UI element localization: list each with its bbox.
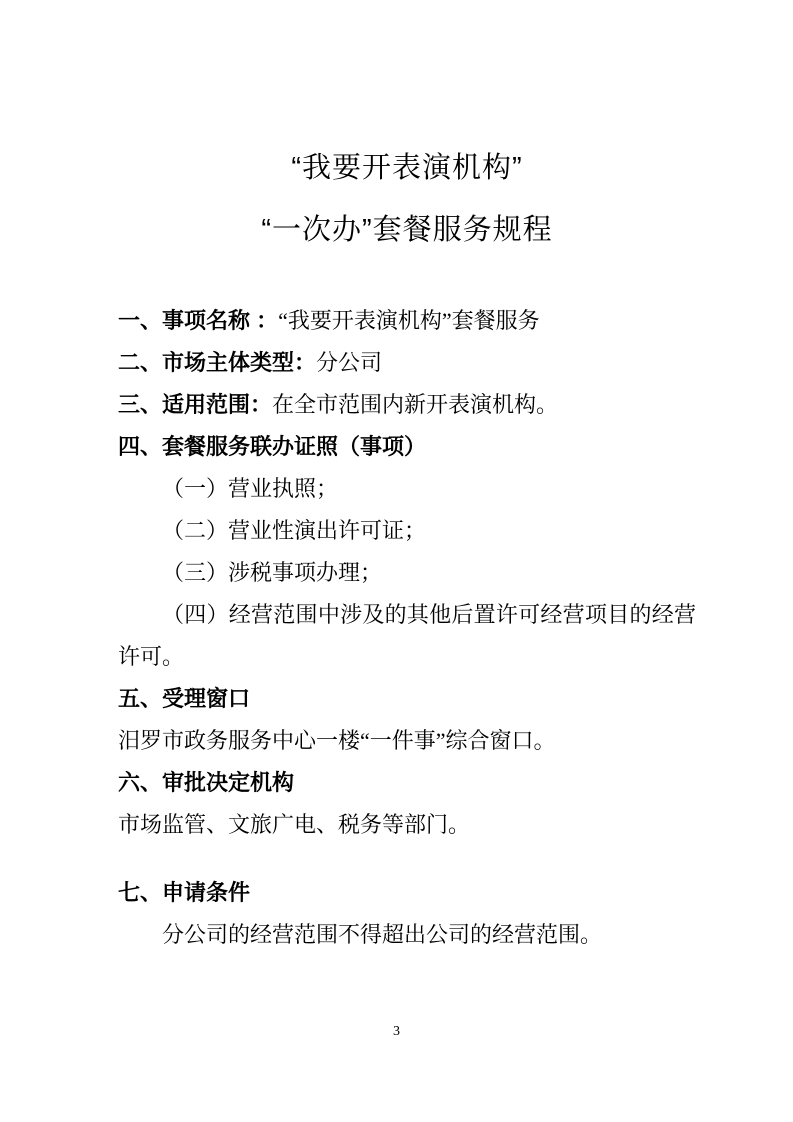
section-2-label: 二、市场主体类型：	[118, 350, 316, 375]
section-4-item-4: （四）经营范围中涉及的其他后置许可经营项目的经营许可。	[118, 594, 696, 678]
document-content: “我要开表演机构” “一次办”套餐服务规程 一、事项名称 ：“我要开表演机构”套…	[118, 150, 696, 956]
document-page: “我要开表演机构” “一次办”套餐服务规程 一、事项名称 ：“我要开表演机构”套…	[0, 0, 793, 1122]
section-1-value: “我要开表演机构”套餐服务	[278, 308, 540, 333]
section-4-item-1: （一）营业执照；	[118, 468, 696, 510]
document-title-line1: “我要开表演机构”	[118, 150, 696, 186]
section-7-heading: 七、申请条件	[118, 872, 696, 914]
section-1-label: 一、事项名称 ：	[118, 308, 278, 333]
page-number: 3	[0, 1022, 793, 1042]
section-4-item-3: （三）涉税事项办理；	[118, 552, 696, 594]
section-2-value: 分公司	[316, 350, 382, 375]
section-1: 一、事项名称 ：“我要开表演机构”套餐服务	[118, 300, 696, 342]
section-7-body: 分公司的经营范围不得超出公司的经营范围。	[118, 914, 696, 956]
section-6-heading: 六、审批决定机构	[118, 762, 696, 804]
document-title-line2: “一次办”套餐服务规程	[118, 212, 696, 248]
section-2: 二、市场主体类型：分公司	[118, 342, 696, 384]
section-4-item-2: （二）营业性演出许可证；	[118, 510, 696, 552]
section-3-value: 在全市范围内新开表演机构。	[272, 392, 558, 417]
section-5-heading: 五、受理窗口	[118, 678, 696, 720]
section-6-body: 市场监管、文旅广电、税务等部门。	[118, 804, 696, 846]
section-3-label: 三、适用范围：	[118, 392, 272, 417]
section-4-heading: 四、套餐服务联办证照（事项）	[118, 426, 696, 468]
section-3: 三、适用范围：在全市范围内新开表演机构。	[118, 384, 696, 426]
section-5-body: 汨罗市政务服务中心一楼“一件事”综合窗口。	[118, 720, 696, 762]
